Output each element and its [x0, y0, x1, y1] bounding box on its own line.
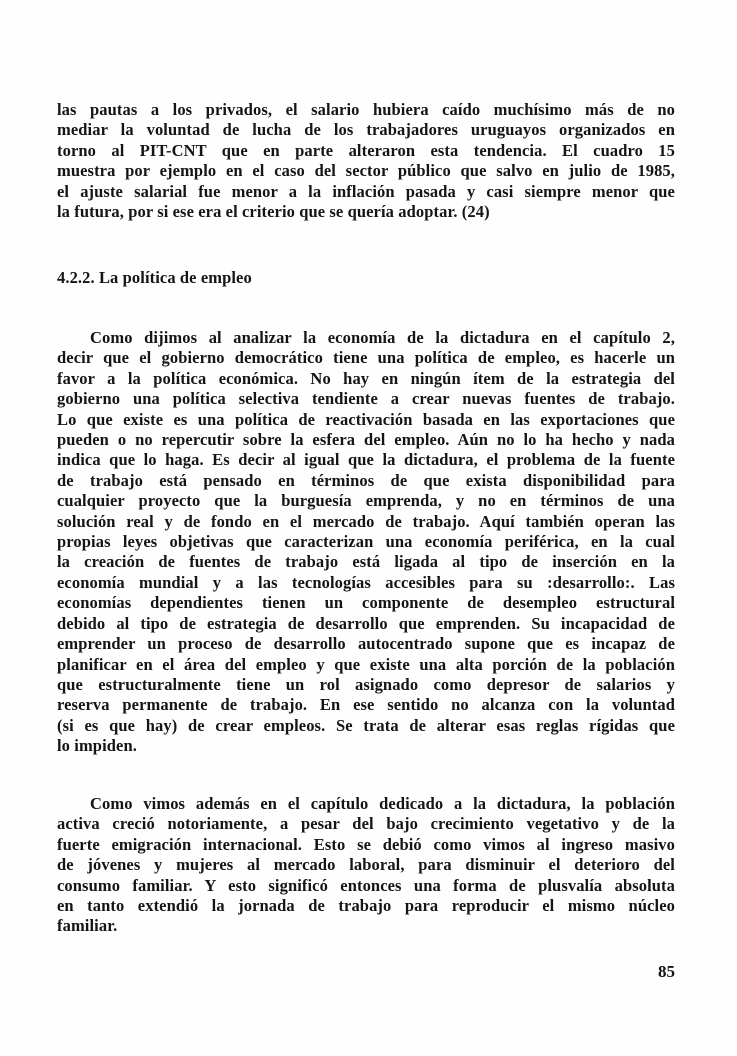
text-line: economía mundial y a las tecnologías acc…	[57, 573, 675, 593]
text-line: las pautas a los privados, el salario hu…	[57, 100, 675, 120]
text-line: debido al tipo de estrategia de desarrol…	[57, 614, 675, 634]
text-line: que estructuralmente tiene un rol asigna…	[57, 675, 675, 695]
paragraph-active-population: Como vimos además en el capítulo dedicad…	[57, 794, 675, 937]
text-line: consumo familiar. Y esto significó enton…	[57, 876, 675, 896]
text-line: activa creció notoriamente, a pesar del …	[57, 814, 675, 834]
text-line: emprender un proceso de desarrollo autoc…	[57, 634, 675, 654]
section-heading: 4.2.2. La política de empleo	[57, 268, 675, 288]
text-line: el ajuste salarial fue menor a la inflac…	[57, 182, 675, 202]
text-line: cualquier proyecto que la burguesía empr…	[57, 491, 675, 511]
text-line: lo impiden.	[57, 736, 675, 756]
text-line: Como dijimos al analizar la economía de …	[57, 328, 675, 348]
text-line: mediar la voluntad de lucha de los traba…	[57, 120, 675, 140]
text-line: Como vimos además en el capítulo dedicad…	[57, 794, 675, 814]
paragraph-continuation: las pautas a los privados, el salario hu…	[57, 100, 675, 222]
text-line: la creación de fuentes de trabajo está l…	[57, 552, 675, 572]
text-line: indica que lo haga. Es decir al igual qu…	[57, 450, 675, 470]
paragraph-employment-policy: Como dijimos al analizar la economía de …	[57, 328, 675, 757]
text-line: planificar en el área del empleo y que e…	[57, 655, 675, 675]
text-line: torno al PIT-CNT que en parte alteraron …	[57, 141, 675, 161]
text-line: familiar.	[57, 916, 675, 936]
text-line: economías dependientes tienen un compone…	[57, 593, 675, 613]
text-line: de trabajo está pensado en términos de q…	[57, 471, 675, 491]
text-line: de jóvenes y mujeres al mercado laboral,…	[57, 855, 675, 875]
page-number: 85	[57, 962, 675, 982]
text-line: solución real y de fondo en el mercado d…	[57, 512, 675, 532]
text-line: favor a la política económica. No hay en…	[57, 369, 675, 389]
book-page: las pautas a los privados, el salario hu…	[0, 0, 737, 1056]
text-line: la futura, por si ese era el criterio qu…	[57, 202, 675, 222]
text-line: en tanto extendió la jornada de trabajo …	[57, 896, 675, 916]
text-line: decir que el gobierno democrático tiene …	[57, 348, 675, 368]
text-line: fuerte emigración internacional. Esto se…	[57, 835, 675, 855]
text-line: propias leyes objetivas que caracterizan…	[57, 532, 675, 552]
text-line: gobierno una política selectiva tendient…	[57, 389, 675, 409]
text-line: muestra por ejemplo en el caso del secto…	[57, 161, 675, 181]
text-line: Lo que existe es una política de reactiv…	[57, 410, 675, 430]
text-line: pueden o no repercutir sobre la esfera d…	[57, 430, 675, 450]
text-line: (si es que hay) de crear empleos. Se tra…	[57, 716, 675, 736]
text-line: reserva permanente de trabajo. En ese se…	[57, 695, 675, 715]
